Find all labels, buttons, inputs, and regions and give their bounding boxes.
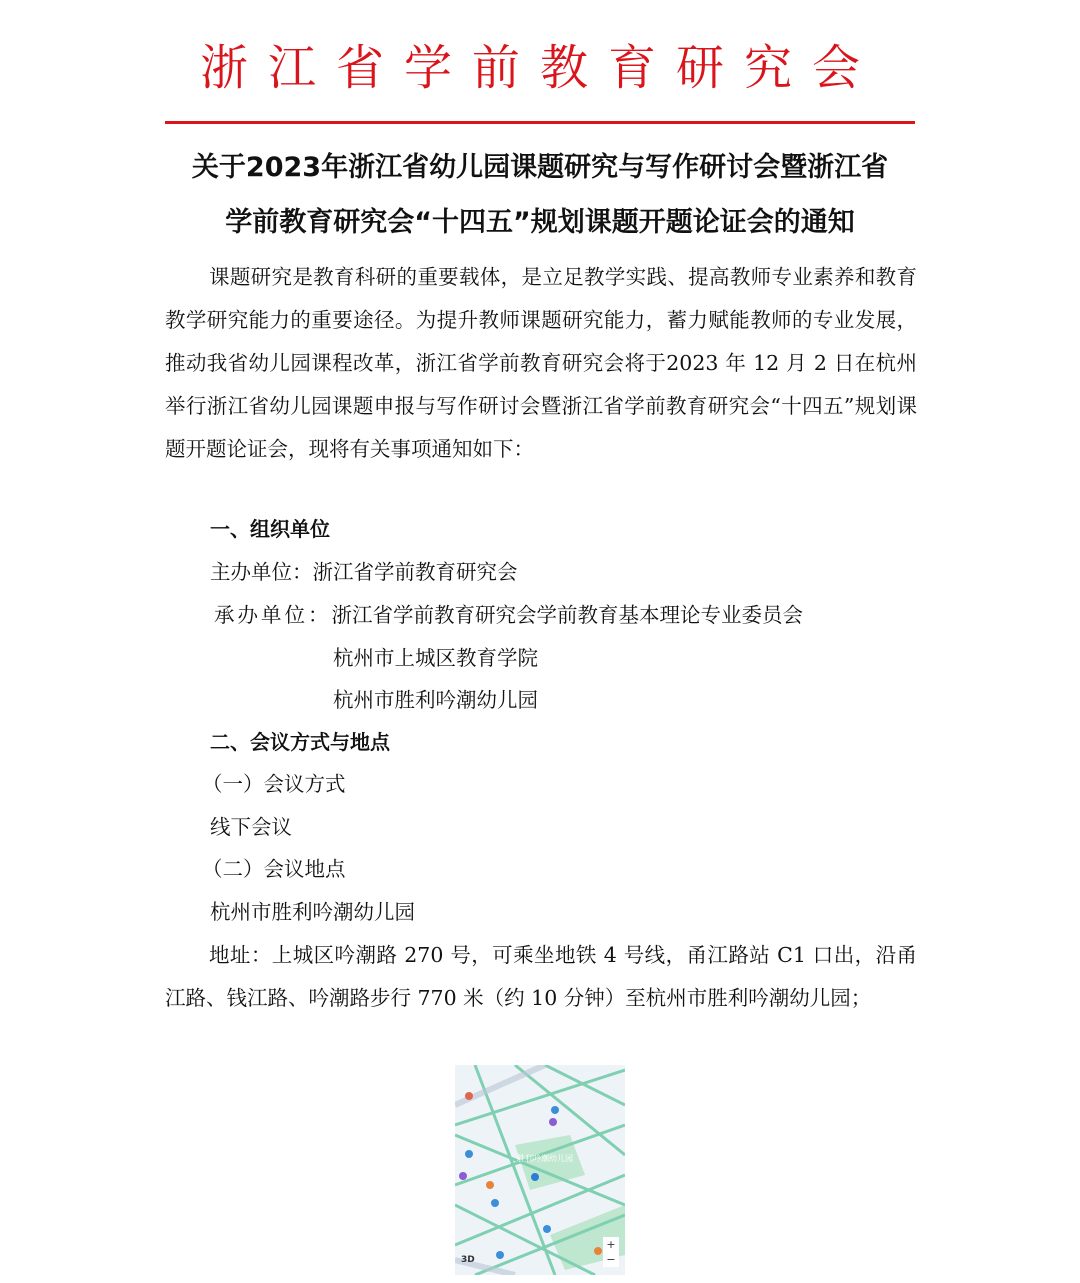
address-paragraph: 地址：上城区吟潮路 270 号，可乘坐地铁 4 号线，甬江路站 C1 口出，沿甬… bbox=[165, 934, 917, 1020]
host-label: 主办单位： bbox=[210, 560, 313, 584]
sub1-heading: （一）会议方式 bbox=[202, 769, 346, 799]
meeting-mode: 线下会议 bbox=[210, 812, 292, 842]
notice-title-line1: 关于2023年浙江省幼儿园课题研究与写作研讨会暨浙江省 bbox=[150, 148, 930, 188]
section1-heading: 一、组织单位 bbox=[210, 514, 330, 544]
sub2-heading: （二）会议地点 bbox=[202, 854, 346, 884]
organizer-row: 承办单位：浙江省学前教育研究会学前教育基本理论专业委员会 bbox=[214, 600, 803, 630]
intro-block: 课题研究是教育科研的重要载体，是立足教学实践、提高教师专业素养和教育教学研究能力… bbox=[165, 256, 917, 471]
host-value: 浙江省学前教育研究会 bbox=[313, 560, 518, 584]
red-divider bbox=[165, 121, 915, 124]
masthead-title: 浙江省学前教育研究会 bbox=[165, 38, 915, 98]
organizer-item: 杭州市上城区教育学院 bbox=[333, 643, 538, 673]
map-zoom-out-button[interactable]: − bbox=[603, 1252, 619, 1267]
map-roads-graphic bbox=[455, 1065, 625, 1275]
intro-paragraph: 课题研究是教育科研的重要载体，是立足教学实践、提高教师专业素养和教育教学研究能力… bbox=[165, 256, 917, 471]
host-row: 主办单位：浙江省学前教育研究会 bbox=[210, 557, 518, 587]
section2-heading: 二、会议方式与地点 bbox=[210, 727, 390, 757]
map-center-label: 胜利吟潮幼儿园 bbox=[517, 1153, 573, 1164]
map-zoom-controls: + − bbox=[603, 1237, 619, 1267]
organizer-label: 承办单位： bbox=[214, 603, 332, 627]
organizer-item: 浙江省学前教育研究会学前教育基本理论专业委员会 bbox=[332, 603, 804, 627]
map-3d-button[interactable]: 3D bbox=[461, 1255, 475, 1265]
address-block: 地址：上城区吟潮路 270 号，可乘坐地铁 4 号线，甬江路站 C1 口出，沿甬… bbox=[165, 934, 917, 1020]
notice-title-line2: 学前教育研究会“十四五”规划课题开题论证会的通知 bbox=[150, 203, 930, 243]
location-map[interactable]: 胜利吟潮幼儿园 3D + − bbox=[455, 1065, 625, 1275]
map-zoom-in-button[interactable]: + bbox=[603, 1237, 619, 1252]
organizer-item: 杭州市胜利吟潮幼儿园 bbox=[333, 685, 538, 715]
venue-name: 杭州市胜利吟潮幼儿园 bbox=[210, 897, 415, 927]
